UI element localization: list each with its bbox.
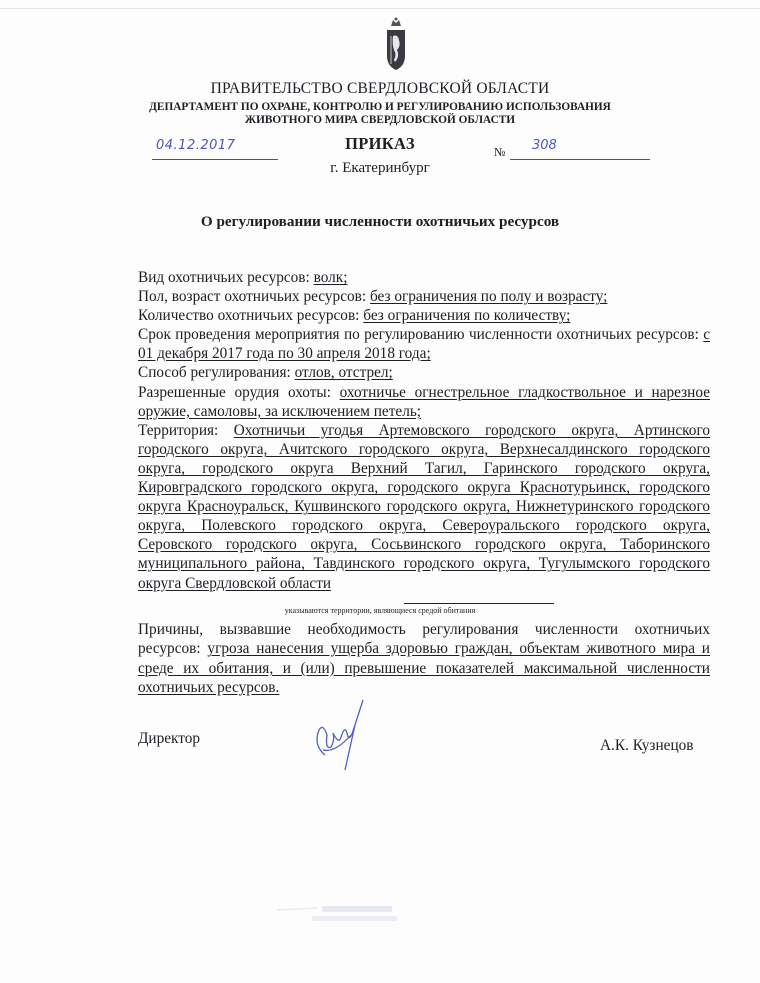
faint-stamp-icon xyxy=(272,900,422,930)
handwritten-signature-icon xyxy=(305,695,375,775)
quantity-line: Количество охотничьих ресурсов: без огра… xyxy=(138,306,710,325)
quantity-label: Количество охотничьих ресурсов: xyxy=(138,307,363,324)
document-title: О регулировании численности охотничьих р… xyxy=(0,213,760,231)
period-label: Срок проведения мероприятия по регулиров… xyxy=(138,326,703,343)
number-label: № xyxy=(494,145,505,160)
territory-line: Территория: Охотничьи угодья Артемовског… xyxy=(138,421,710,593)
territory-label: Территория: xyxy=(138,422,234,439)
sex-age-label: Пол, возраст охотничьих ресурсов: xyxy=(138,288,370,305)
reasons-value: угроза нанесения ущерба здоровью граждан… xyxy=(138,640,710,696)
coat-of-arms-icon xyxy=(385,16,407,71)
order-date: 04.12.2017 xyxy=(156,138,235,153)
species-label: Вид охотничьих ресурсов: xyxy=(138,269,314,286)
signer-position: Директор xyxy=(138,730,200,748)
method-label: Способ регулирования: xyxy=(138,364,295,381)
department-line-2: ЖИВОТНОГО МИРА СВЕРДЛОВСКОЙ ОБЛАСТИ xyxy=(0,114,760,127)
order-number: 308 xyxy=(532,138,557,153)
city: г. Екатеринбург xyxy=(0,160,760,177)
reasons-block: Причины, вызвавшие необходимость регулир… xyxy=(138,620,710,697)
territory-value: Охотничьи угодья Артемовского городского… xyxy=(138,422,710,592)
species-value: волк; xyxy=(314,269,348,286)
sex-age-value: без ограничения по полу и возрасту; xyxy=(370,288,608,305)
signer-name: А.К. Кузнецов xyxy=(600,737,694,755)
territory-underline xyxy=(404,603,554,604)
department-line-1: ДЕПАРТАМЕНТ ПО ОХРАНЕ, КОНТРОЛЮ И РЕГУЛИ… xyxy=(0,101,760,114)
species-line: Вид охотничьих ресурсов: волк; xyxy=(138,268,710,287)
period-line: Срок проведения мероприятия по регулиров… xyxy=(138,325,710,363)
department-name: ДЕПАРТАМЕНТ ПО ОХРАНЕ, КОНТРОЛЮ И РЕГУЛИ… xyxy=(0,101,760,127)
reasons-line: Причины, вызвавшие необходимость регулир… xyxy=(138,620,710,697)
government-name: ПРАВИТЕЛЬСТВО СВЕРДЛОВСКОЙ ОБЛАСТИ xyxy=(0,80,760,98)
sex-age-line: Пол, возраст охотничьих ресурсов: без ог… xyxy=(138,287,710,306)
method-value: отлов, отстрел; xyxy=(295,364,393,381)
territory-hint: указываются территории, являющиеся средо… xyxy=(0,606,760,615)
scan-edge xyxy=(0,8,760,9)
order-body: Вид охотничьих ресурсов: волк; Пол, возр… xyxy=(138,268,710,593)
order-date-field: 04.12.2017 xyxy=(152,141,278,160)
order-number-field: 308 xyxy=(510,141,650,160)
tools-line: Разрешенные орудия охоты: охотничье огне… xyxy=(138,383,710,421)
method-line: Способ регулирования: отлов, отстрел; xyxy=(138,363,710,382)
quantity-value: без ограничения по количеству; xyxy=(363,307,570,324)
tools-label: Разрешенные орудия охоты: xyxy=(138,384,340,401)
